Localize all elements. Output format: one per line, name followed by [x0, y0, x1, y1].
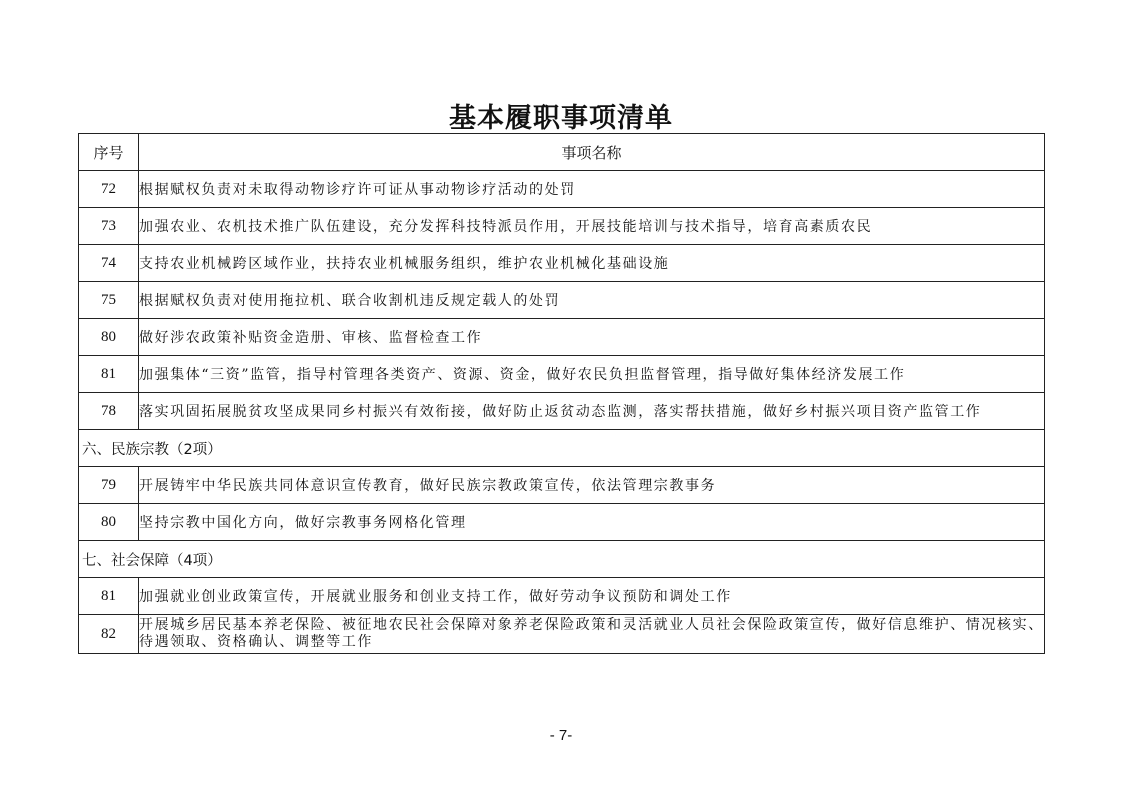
item-name: 加强就业创业政策宣传，开展就业服务和创业支持工作，做好劳动争议预防和调处工作: [139, 578, 1045, 615]
table-row: 75 根据赋权负责对使用拖拉机、联合收割机违反规定载人的处罚: [79, 282, 1045, 319]
table-row: 81 加强就业创业政策宣传，开展就业服务和创业支持工作，做好劳动争议预防和调处工…: [79, 578, 1045, 615]
row-number: 82: [79, 615, 139, 654]
row-number: 72: [79, 171, 139, 208]
document-title: 基本履职事项清单: [0, 96, 1122, 135]
item-name: 开展城乡居民基本养老保险、被征地农民社会保障对象养老保险政策和灵活就业人员社会保…: [139, 615, 1045, 654]
column-header-no: 序号: [79, 134, 139, 171]
row-number: 79: [79, 467, 139, 504]
table-row: 79 开展铸牢中华民族共同体意识宣传教育，做好民族宗教政策宣传，依法管理宗教事务: [79, 467, 1045, 504]
item-name: 支持农业机械跨区域作业，扶持农业机械服务组织，维护农业机械化基础设施: [139, 245, 1045, 282]
table-row: 80 做好涉农政策补贴资金造册、审核、监督检查工作: [79, 319, 1045, 356]
section-title-social-security: 七、社会保障（4项）: [79, 541, 1045, 578]
column-header-name: 事项名称: [139, 134, 1045, 171]
table-row: 72 根据赋权负责对未取得动物诊疗许可证从事动物诊疗活动的处罚: [79, 171, 1045, 208]
duty-list-table: 序号 事项名称 72 根据赋权负责对未取得动物诊疗许可证从事动物诊疗活动的处罚 …: [78, 133, 1045, 654]
table-row: 74 支持农业机械跨区域作业，扶持农业机械服务组织，维护农业机械化基础设施: [79, 245, 1045, 282]
row-number: 80: [79, 319, 139, 356]
page-number: - 7-: [0, 727, 1122, 744]
row-number: 81: [79, 356, 139, 393]
item-name: 加强农业、农机技术推广队伍建设，充分发挥科技特派员作用，开展技能培训与技术指导，…: [139, 208, 1045, 245]
section-title-ethnic-religion: 六、民族宗教（2项）: [79, 430, 1045, 467]
row-number: 80: [79, 504, 139, 541]
row-number: 78: [79, 393, 139, 430]
item-name: 加强集体“三资”监管，指导村管理各类资产、资源、资金，做好农民负担监督管理，指导…: [139, 356, 1045, 393]
section-header-row: 六、民族宗教（2项）: [79, 430, 1045, 467]
item-name: 坚持宗教中国化方向，做好宗教事务网格化管理: [139, 504, 1045, 541]
row-number: 73: [79, 208, 139, 245]
item-name: 根据赋权负责对未取得动物诊疗许可证从事动物诊疗活动的处罚: [139, 171, 1045, 208]
section-header-row: 七、社会保障（4项）: [79, 541, 1045, 578]
table-row: 73 加强农业、农机技术推广队伍建设，充分发挥科技特派员作用，开展技能培训与技术…: [79, 208, 1045, 245]
table-row: 81 加强集体“三资”监管，指导村管理各类资产、资源、资金，做好农民负担监督管理…: [79, 356, 1045, 393]
row-number: 75: [79, 282, 139, 319]
item-name: 根据赋权负责对使用拖拉机、联合收割机违反规定载人的处罚: [139, 282, 1045, 319]
table-header-row: 序号 事项名称: [79, 134, 1045, 171]
table-row: 80 坚持宗教中国化方向，做好宗教事务网格化管理: [79, 504, 1045, 541]
row-number: 81: [79, 578, 139, 615]
row-number: 74: [79, 245, 139, 282]
item-name: 落实巩固拓展脱贫攻坚成果同乡村振兴有效衔接，做好防止返贫动态监测，落实帮扶措施，…: [139, 393, 1045, 430]
table-row: 82 开展城乡居民基本养老保险、被征地农民社会保障对象养老保险政策和灵活就业人员…: [79, 615, 1045, 654]
table-row: 78 落实巩固拓展脱贫攻坚成果同乡村振兴有效衔接，做好防止返贫动态监测，落实帮扶…: [79, 393, 1045, 430]
item-name: 做好涉农政策补贴资金造册、审核、监督检查工作: [139, 319, 1045, 356]
item-name: 开展铸牢中华民族共同体意识宣传教育，做好民族宗教政策宣传，依法管理宗教事务: [139, 467, 1045, 504]
